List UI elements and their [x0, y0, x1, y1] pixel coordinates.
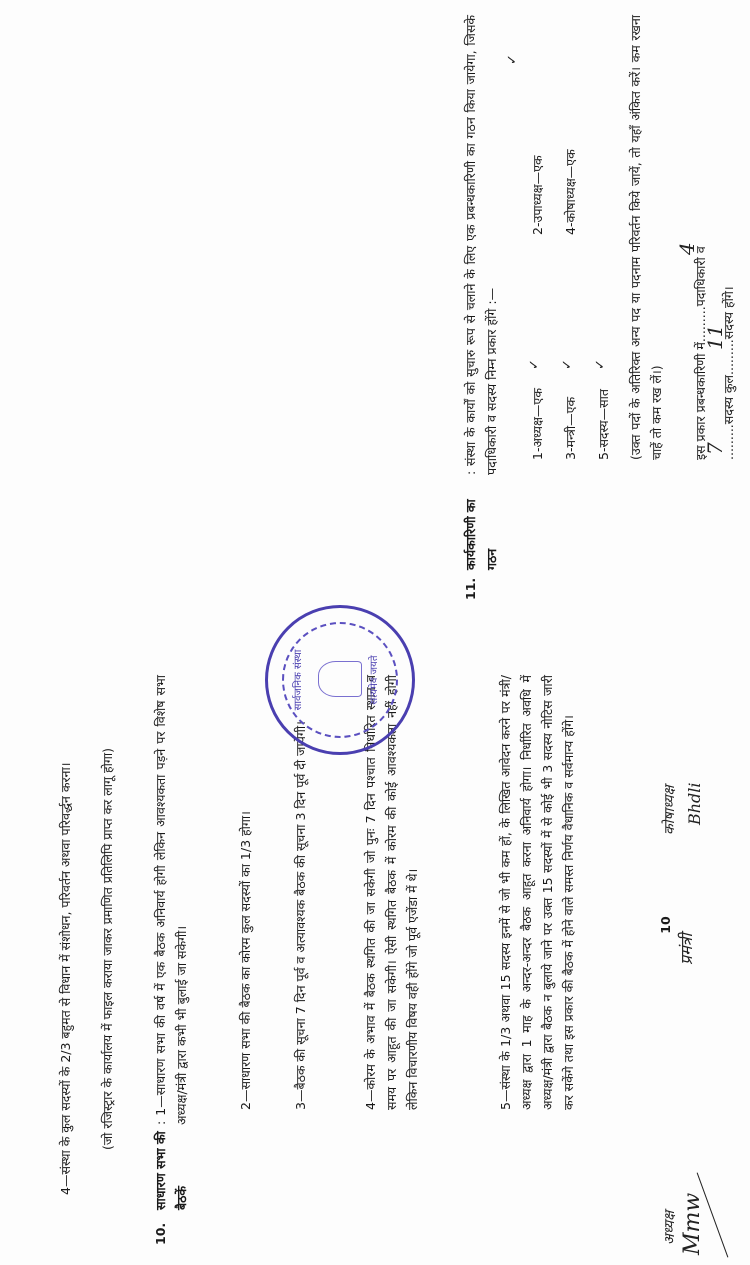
scanned-document-page-continued [0, 0, 750, 1265]
